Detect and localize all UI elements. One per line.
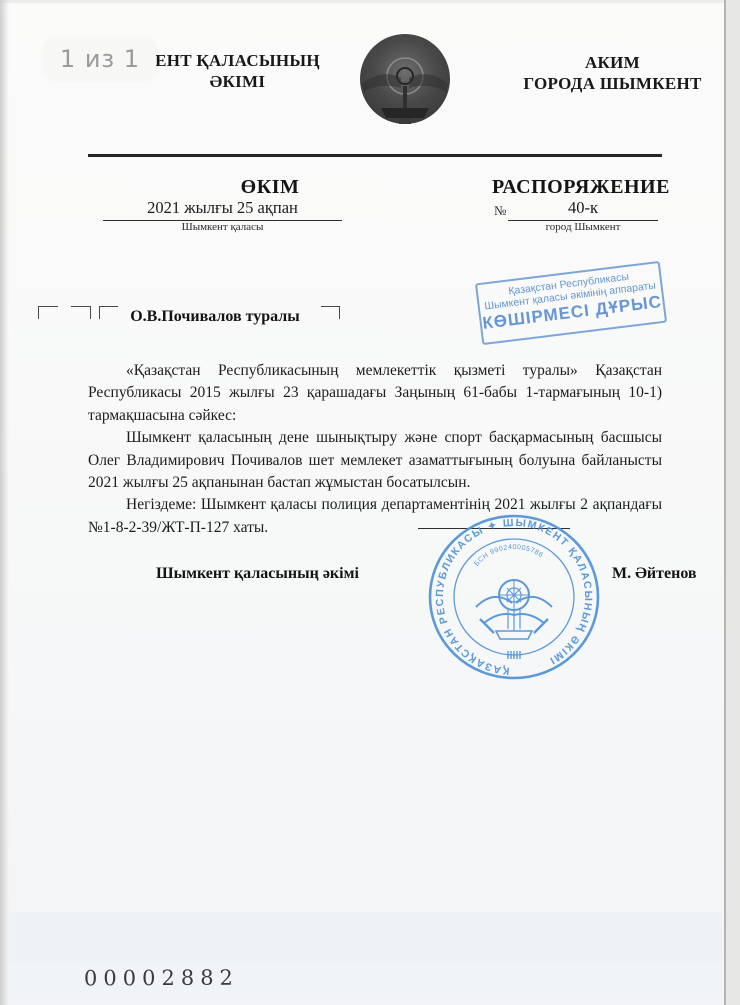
scan-artifact-band (9, 912, 722, 962)
letterhead-divider (88, 154, 662, 157)
order-number: 40-к (508, 198, 658, 221)
official-round-seal: ҚАЗАҚСТАН РЕСПУБЛИКАСЫ ✦ ШЫМКЕНТ ҚАЛАСЫН… (424, 511, 604, 688)
scan-edge-right (724, 0, 740, 1005)
letterhead-kk: ЕНТ ҚАЛАСЫНЫҢ ӘКІМІ (135, 50, 340, 92)
order-place-kk: Шымкент қаласы (103, 221, 342, 233)
scan-edge-top (0, 0, 724, 3)
body-paragraph: «Қазақстан Республикасының мемлекеттік қ… (88, 360, 662, 427)
order-number-label: № (494, 203, 506, 219)
document-page[interactable]: ЕНТ ҚАЛАСЫНЫҢ ӘКІМІ АКИМ ГОРОДА ШЫМКЕНТ (0, 0, 740, 1005)
signatory-title: Шымкент қаласының әкімі (156, 565, 359, 583)
body-paragraph: Шымкент қаласының дене шынықтыру және сп… (88, 427, 662, 494)
order-title-ru: РАСПОРЯЖЕНИЕ (481, 176, 681, 199)
seal-emblem-icon (476, 580, 552, 659)
letterhead-ru: АКИМ ГОРОДА ШЫМКЕНТ (515, 52, 710, 94)
letterhead-ru-line1: АКИМ (515, 52, 710, 73)
corner-mark (38, 306, 58, 319)
page-indicator: 1 из 1 (44, 38, 156, 80)
copy-certification-stamp: Қазақстан Республикасы Шымкент қаласы әк… (475, 261, 667, 345)
svg-text:БСН 990240005786: БСН 990240005786 (473, 544, 544, 568)
order-title-kk: ӨКІМ (150, 176, 390, 199)
corner-mark (71, 306, 91, 319)
letterhead-kk-line1: ЕНТ ҚАЛАСЫНЫҢ (135, 50, 340, 71)
state-emblem-icon (354, 30, 456, 137)
order-place-ru: город Шымкент (508, 221, 658, 233)
letterhead-ru-line2: ГОРОДА ШЫМКЕНТ (515, 73, 710, 94)
corner-mark (321, 306, 340, 319)
letterhead-kk-line2: ӘКІМІ (135, 71, 340, 92)
order-date-wrap: 2021 жылғы 25 ақпан (103, 198, 342, 221)
seal-bsn-text: БСН 990240005786 (473, 544, 544, 568)
form-number: 00002882 (84, 966, 239, 991)
document-subject: О.В.Почивалов туралы (108, 308, 322, 326)
scan-edge-left (0, 0, 9, 1005)
order-date: 2021 жылғы 25 ақпан (103, 198, 342, 221)
order-number-wrap: 40-к (508, 198, 658, 221)
signatory-name: М. Әйтенов (612, 565, 697, 583)
